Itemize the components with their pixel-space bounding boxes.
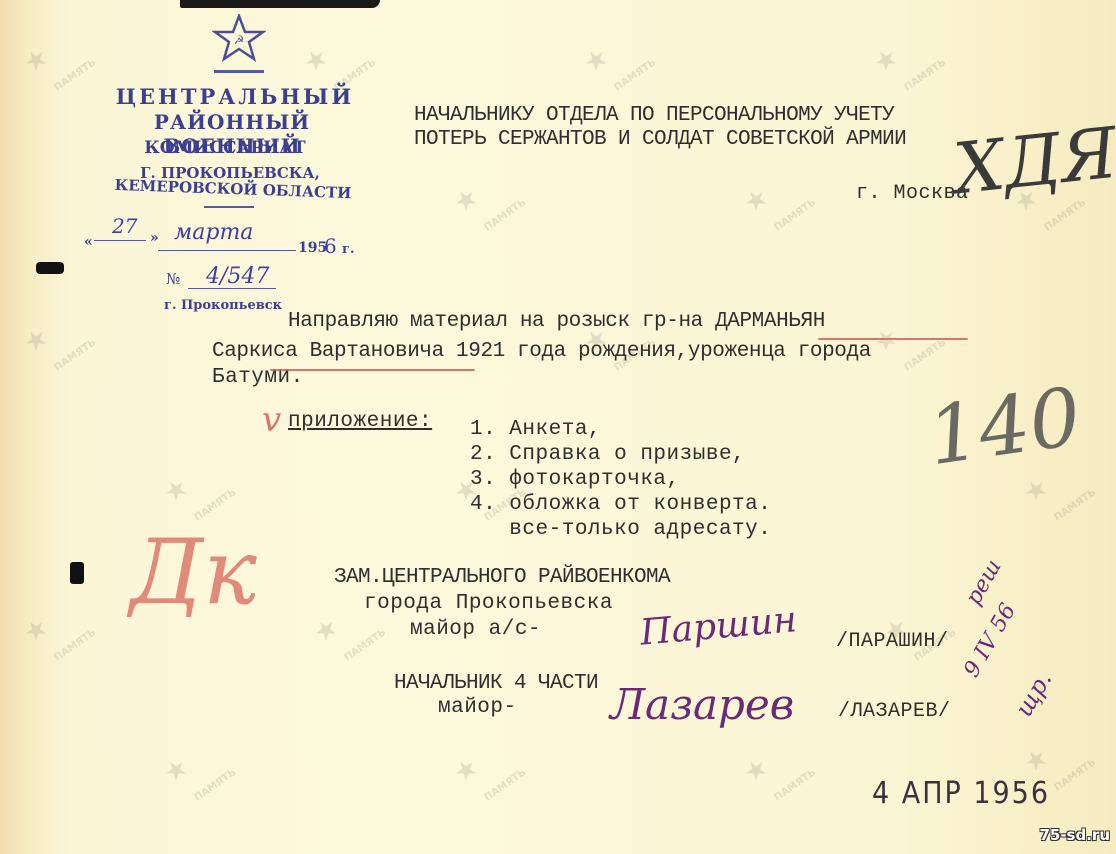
red-handwritten-mark: Дк: [130, 520, 257, 625]
deputy-name: /ПАРАШИН/: [836, 630, 949, 653]
attachments-label: приложение:: [288, 410, 432, 433]
body-line-2: Саркиса Вартановича 1921 года рождения,у…: [212, 340, 871, 363]
addressee-line-1: НАЧАЛЬНИКУ ОТДЕЛА ПО ПЕРСОНАЛЬНОМУ УЧЕТУ: [414, 104, 894, 127]
document-number: 4/547: [206, 264, 269, 289]
stamp-city: г. Прокопьевск: [164, 298, 282, 313]
stamp-divider: [204, 206, 254, 208]
stamp-line-1: ЦЕНТРАЛЬНЫЙ: [110, 84, 360, 109]
red-check-mark: v: [262, 400, 281, 440]
stamp-divider: [214, 70, 264, 73]
deputy-title-line-2: города Прокопьевска: [364, 592, 613, 615]
punch-hole-bottom: [70, 562, 84, 584]
attachment-item: 1. Анкета,: [470, 418, 601, 441]
attachment-item: 3. фотокарточка,: [470, 468, 680, 491]
body-line-1: Направляю материал на розыск гр-на ДАРМА…: [288, 310, 825, 333]
date-month: марта: [174, 220, 253, 245]
date-year-prefix: 195: [298, 240, 327, 256]
date-day: 27: [112, 214, 137, 238]
torn-top-edge: [180, 0, 380, 8]
date-open-quote: «: [84, 234, 93, 250]
number-label: №: [166, 270, 180, 288]
month-underline: [158, 250, 296, 251]
addressee-line-2: ПОТЕРЬ СЕРЖАНТОВ И СОЛДАТ СОВЕТСКОЙ АРМИ…: [414, 128, 906, 151]
date-year-suffix: 6: [324, 234, 337, 258]
date-year-end: г.: [342, 242, 355, 257]
chief-name: /ЛАЗАРЕВ/: [838, 700, 951, 723]
number-underline: [188, 288, 276, 289]
attachment-item: все-только адресату.: [470, 518, 771, 541]
star-emblem-icon: ☭: [212, 14, 266, 62]
handwritten-top-right-mark: ХДЯ: [950, 112, 1116, 211]
received-date-stamp: 4 АПР 1956: [872, 776, 1050, 811]
attachment-item: 2. Справка о призыве,: [470, 443, 745, 466]
addressee-city: г. Москва: [856, 182, 969, 205]
stamp-line-3: КОМИССАРИАТ: [130, 138, 320, 158]
deputy-title-line-3: майор а/с-: [410, 618, 541, 641]
svg-text:☭: ☭: [234, 33, 245, 47]
attachment-item: 4. обложка от конверта.: [470, 493, 771, 516]
chief-title-line-2: майор-: [438, 696, 517, 719]
day-underline: [94, 240, 146, 241]
deputy-title-line-1: ЗАМ.ЦЕНТРАЛЬНОГО РАЙВОЕНКОМА: [334, 566, 670, 589]
chief-signature: Лазарев: [610, 680, 794, 729]
punch-hole-top: [36, 262, 64, 274]
body-line-3: Батуми.: [212, 366, 304, 389]
site-watermark: 75-sd.ru: [1039, 826, 1110, 844]
date-close-quote: »: [150, 230, 159, 246]
chief-title-line-1: НАЧАЛЬНИК 4 ЧАСТИ: [394, 672, 598, 695]
